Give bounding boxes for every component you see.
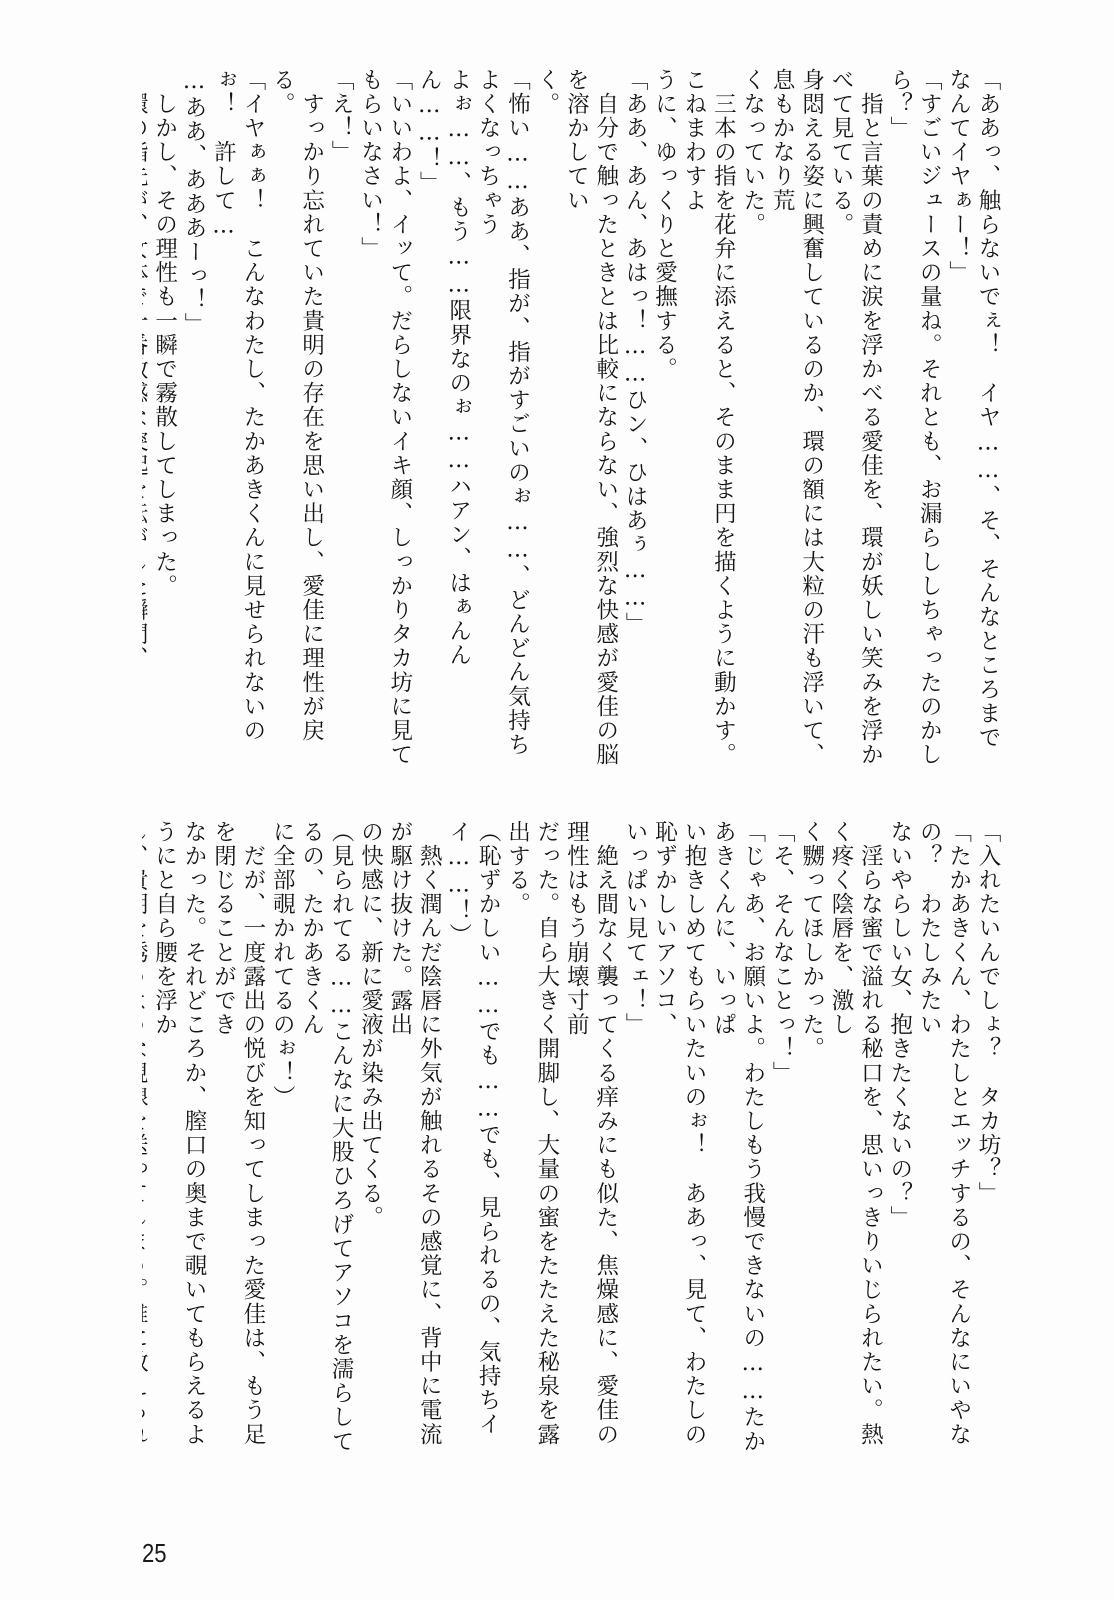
- text-line: 「じゃあ、お願いよ。わたしもう我慢できないの……たかあきくんに、いっぱ: [708, 820, 767, 1460]
- text-line: だった。自ら大きく開脚し、大量の蜜をたたえた秘泉を露出する。: [502, 820, 561, 1460]
- text-line: 身悶える姿に興奮しているのか、環の額には大粒の汗も浮いて、息もかなり荒: [767, 68, 826, 768]
- text-line: なかった。それどころか、膣口の奥まで覗いてもらえるようにと自ら腰を浮か: [149, 820, 208, 1460]
- text-line: ないやらしい女、抱きたくないの？」: [884, 820, 913, 1460]
- text-line: 「いいわよ、イッて。だらしないイキ顔、しっかりタカ坊に見てもらいなさい！」: [355, 68, 414, 768]
- text-line: 三本の指を花弁に添えると、そのまま円を描くように動かす。こねまわすよ: [679, 68, 738, 768]
- text-line: 「ああっ、触らないでぇ！ イヤ……、そ、そんなところまでなんてイヤぁー！」: [943, 68, 1002, 768]
- text-block-upper: 「ああっ、触らないでぇ！ イヤ……、そ、そんなところまでなんてイヤぁー！」 「す…: [142, 68, 1002, 768]
- page-number: 25: [142, 1538, 167, 1569]
- text-line: 「そ、そんなことっ！」: [767, 820, 796, 1460]
- text-line: 淫らな蜜で溢れる秘口を、思いっきりいじられたい。熱く疼く陰唇を、激し: [826, 820, 885, 1460]
- text-line: 「入れたいんでしょ？ タカ坊？」: [973, 820, 1002, 1460]
- text-line: 「たかあきくん、わたしとエッチするの、そんなにいやなの？ わたしみたい: [914, 820, 973, 1460]
- text-line: 「怖い……ああ、指が、指がすごいのぉ……、どんどん気持ちよくなっちゃう: [473, 68, 532, 768]
- text-line: の快感に、新に愛液が染み出てくる。: [355, 820, 384, 1460]
- text-line: （見られてる……こんなに大股ひろげてアソコを濡らしてるの、たかあきくん: [296, 820, 355, 1460]
- text-line: すっかり忘れていた貴明の存在を思い出し、愛佳に理性が戻る。: [267, 68, 326, 768]
- text-line: 指と言葉の責めに涙を浮かべる愛佳を、環が妖しい笑みを浮かべて見ている。: [826, 68, 885, 768]
- text-line: 自分で触ったときとは比較にならない、強烈な快感が愛佳の脳を溶かしてい: [561, 68, 620, 768]
- text-line: 「え！」: [326, 68, 355, 768]
- text-line: 「イヤぁぁ！ こんなわたし、たかあきくんに見せられないのぉ！ 許して…: [208, 68, 267, 768]
- text-line: 絶え間なく襲ってくる痒みにも似た、焦燥感に、愛佳の理性はもう崩壊寸前: [561, 820, 620, 1460]
- book-page: 「ああっ、触らないでぇ！ イヤ……、そ、そんなところまでなんてイヤぁー！」 「す…: [0, 0, 1114, 1600]
- text-line: いっぱい見てェ！」: [620, 820, 649, 1460]
- text-line: （恥ずかしい……でも……でも、見られるの、気持ちイイ……！）: [443, 820, 502, 1460]
- text-line: し、貴明を誘うような視線を送ってしまう。誰に教えられたわけではない、女: [142, 820, 149, 1460]
- text-line: くなっていた。: [737, 68, 766, 768]
- text-line: く嬲ってほしかった。: [796, 820, 825, 1460]
- text-line: に全部覗かれてるのぉ！）: [267, 820, 296, 1460]
- text-line: 熱く潤んだ陰唇に外気が触れるその感覚に、背中に電流が駆け抜けた。露出: [384, 820, 443, 1460]
- text-line: い抱きしめてもらいたいのぉ！ ああっ、見て、わたしの恥ずかしいアソコ、: [649, 820, 708, 1460]
- text-block-lower: 「入れたいんでしょ？ タカ坊？」 「たかあきくん、わたしとエッチするの、そんなに…: [142, 820, 1002, 1460]
- text-line: うに、ゆっくりと愛撫する。: [649, 68, 678, 768]
- text-line: …ああ、あああーっ！」: [179, 68, 208, 768]
- text-line: だが、一度露出の悦びを知ってしまった愛佳は、もう足を閉じることができ: [208, 820, 267, 1460]
- text-line: く。: [532, 68, 561, 768]
- text-line: 「ああ、あん、あはっ！……ひン、ひはあぅ……」: [620, 68, 649, 768]
- text-line: しかし、その理性も一瞬で霧散してしまった。: [149, 68, 178, 768]
- text-line: 環の指先が、女体で一番敏感な突起を転がした瞬間、: [142, 68, 149, 768]
- text-line: よぉ……、もう……限界なのぉ……ハアン、はぁんんん……！」: [414, 68, 473, 768]
- text-line: 「すごいジュースの量ね。それとも、お漏らししちゃったのかしら？」: [884, 68, 943, 768]
